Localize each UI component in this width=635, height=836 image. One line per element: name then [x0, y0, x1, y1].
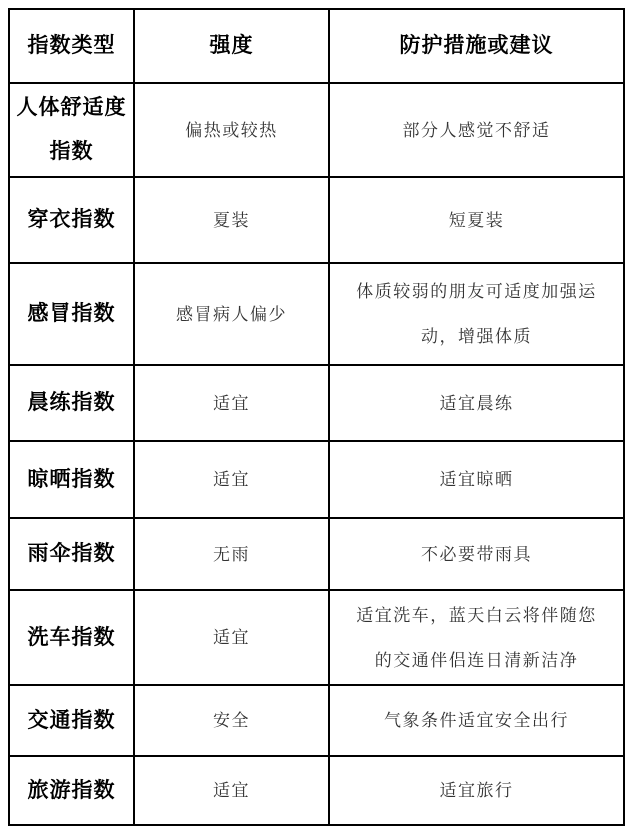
advice-line: 适宜旅行 — [334, 768, 619, 813]
header-index-type: 指数类型 — [9, 9, 134, 83]
index-type-line: 旅游指数 — [14, 769, 129, 813]
weather-index-table: 指数类型 强度 防护措施或建议 人体舒适度 指数 偏热或较热 部分人感觉不舒适 … — [8, 8, 625, 826]
index-type-cell: 晨练指数 — [9, 365, 134, 441]
advice-cell: 部分人感觉不舒适 — [329, 83, 624, 177]
index-type-cell: 洗车指数 — [9, 590, 134, 685]
index-type-cell: 旅游指数 — [9, 756, 134, 825]
index-type-line: 洗车指数 — [14, 616, 129, 660]
advice-line: 适宜晾晒 — [334, 457, 619, 502]
header-advice: 防护措施或建议 — [329, 9, 624, 83]
advice-cell: 气象条件适宜安全出行 — [329, 685, 624, 756]
header-strength: 强度 — [134, 9, 329, 83]
index-type-cell: 交通指数 — [9, 685, 134, 756]
row-umbrella-index: 雨伞指数 无雨 不必要带雨具 — [9, 518, 624, 590]
strength-cell: 感冒病人偏少 — [134, 263, 329, 365]
row-car-washing-index: 洗车指数 适宜 适宜洗车，蓝天白云将伴随您 的交通伴侣连日清新洁净 — [9, 590, 624, 685]
advice-cell: 适宜晾晒 — [329, 441, 624, 518]
advice-line: 适宜晨练 — [334, 381, 619, 426]
advice-line: 气象条件适宜安全出行 — [334, 698, 619, 743]
advice-line: 部分人感觉不舒适 — [334, 108, 619, 153]
advice-cell: 不必要带雨具 — [329, 518, 624, 590]
index-type-cell: 穿衣指数 — [9, 177, 134, 263]
row-cold-index: 感冒指数 感冒病人偏少 体质较弱的朋友可适度加强运 动，增强体质 — [9, 263, 624, 365]
row-human-comfort-index: 人体舒适度 指数 偏热或较热 部分人感觉不舒适 — [9, 83, 624, 177]
index-type-line: 指数 — [14, 130, 129, 174]
strength-cell: 夏装 — [134, 177, 329, 263]
row-morning-exercise-index: 晨练指数 适宜 适宜晨练 — [9, 365, 624, 441]
strength-cell: 适宜 — [134, 756, 329, 825]
row-travel-index: 旅游指数 适宜 适宜旅行 — [9, 756, 624, 825]
index-type-line: 人体舒适度 — [14, 86, 129, 130]
row-dressing-index: 穿衣指数 夏装 短夏装 — [9, 177, 624, 263]
index-type-cell: 感冒指数 — [9, 263, 134, 365]
row-drying-index: 晾晒指数 适宜 适宜晾晒 — [9, 441, 624, 518]
advice-cell: 适宜洗车，蓝天白云将伴随您 的交通伴侣连日清新洁净 — [329, 590, 624, 685]
advice-line: 适宜洗车，蓝天白云将伴随您 — [334, 593, 619, 638]
strength-cell: 安全 — [134, 685, 329, 756]
advice-line: 不必要带雨具 — [334, 532, 619, 577]
advice-line: 体质较弱的朋友可适度加强运 — [334, 269, 619, 314]
advice-line: 短夏装 — [334, 198, 619, 243]
index-type-line: 交通指数 — [14, 699, 129, 743]
advice-cell: 适宜旅行 — [329, 756, 624, 825]
index-type-line: 雨伞指数 — [14, 532, 129, 576]
advice-line: 动，增强体质 — [334, 314, 619, 359]
index-type-line: 穿衣指数 — [14, 198, 129, 242]
index-type-cell: 人体舒适度 指数 — [9, 83, 134, 177]
index-type-line: 晾晒指数 — [14, 458, 129, 502]
strength-cell: 适宜 — [134, 365, 329, 441]
index-type-cell: 晾晒指数 — [9, 441, 134, 518]
advice-cell: 短夏装 — [329, 177, 624, 263]
row-traffic-index: 交通指数 安全 气象条件适宜安全出行 — [9, 685, 624, 756]
strength-cell: 偏热或较热 — [134, 83, 329, 177]
advice-cell: 体质较弱的朋友可适度加强运 动，增强体质 — [329, 263, 624, 365]
strength-cell: 适宜 — [134, 441, 329, 518]
strength-cell: 无雨 — [134, 518, 329, 590]
index-type-cell: 雨伞指数 — [9, 518, 134, 590]
advice-cell: 适宜晨练 — [329, 365, 624, 441]
index-type-line: 感冒指数 — [14, 292, 129, 336]
strength-cell: 适宜 — [134, 590, 329, 685]
advice-line: 的交通伴侣连日清新洁净 — [334, 638, 619, 683]
index-type-line: 晨练指数 — [14, 381, 129, 425]
header-row: 指数类型 强度 防护措施或建议 — [9, 9, 624, 83]
